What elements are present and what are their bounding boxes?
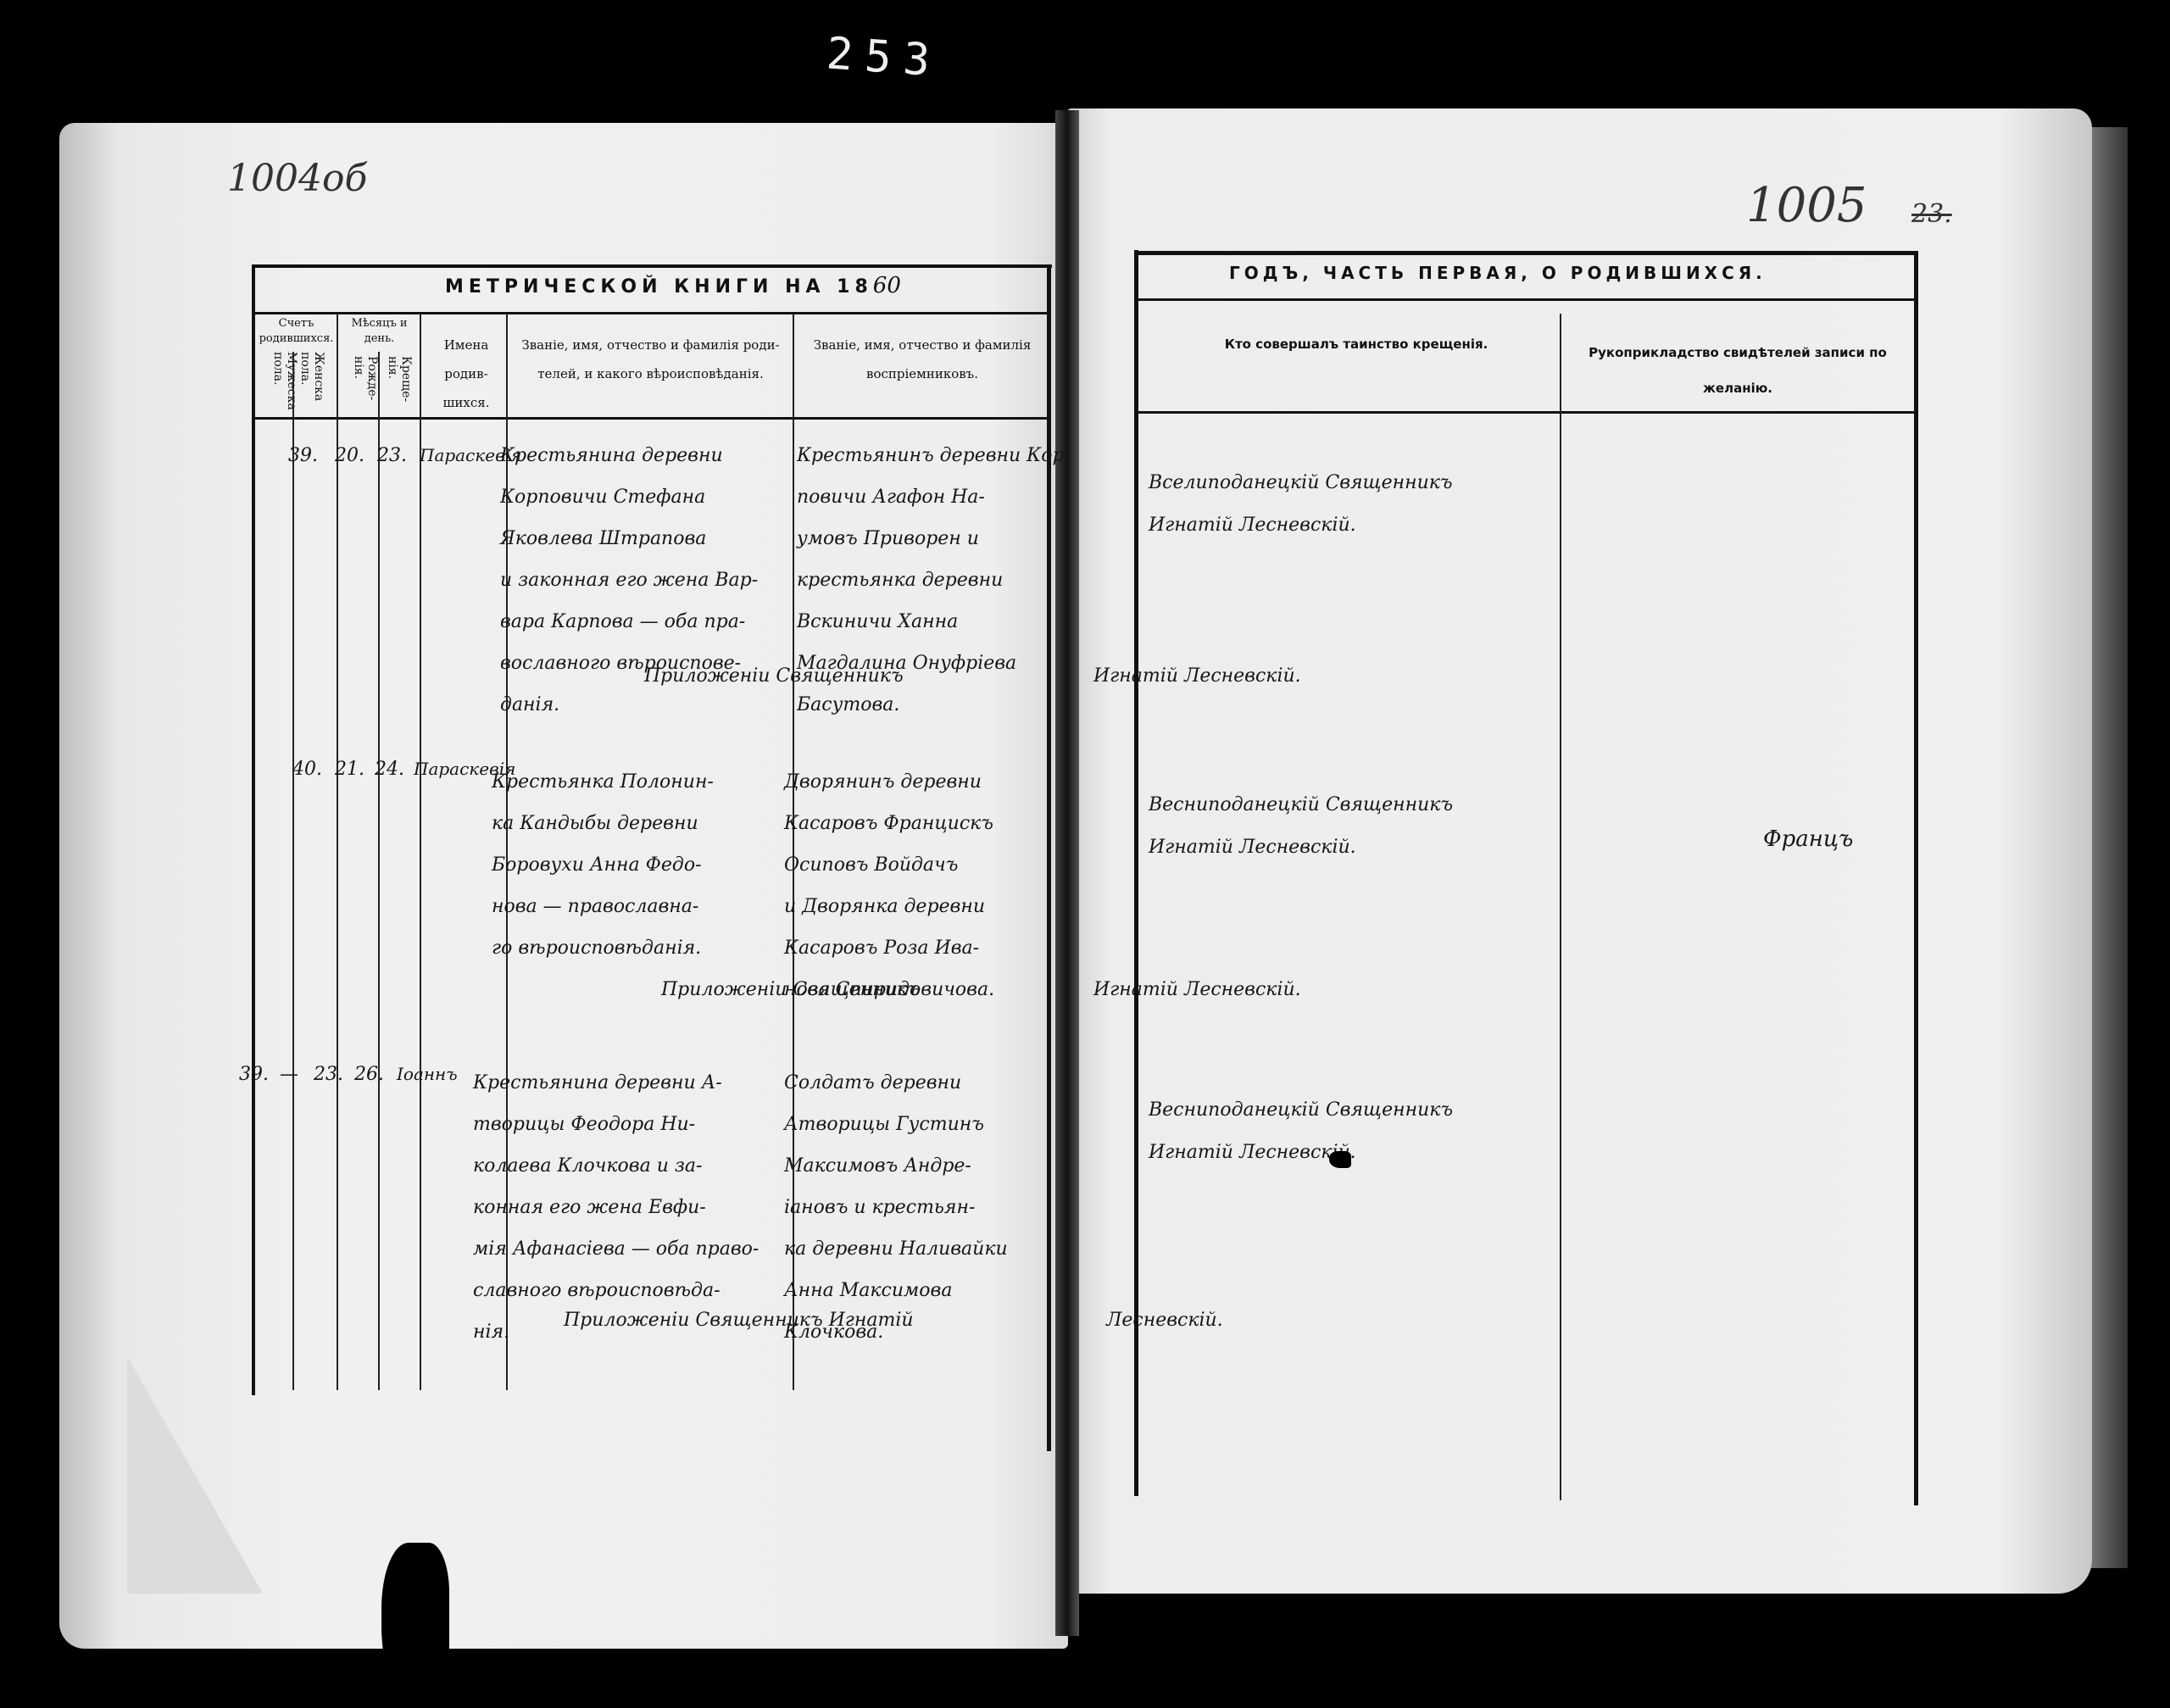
entry-3-birth-day: 23. [314,1064,343,1085]
entry-1-officiant: Вселиподанецкій Священникъ Игнатій Лесне… [1149,462,1453,547]
right-header-rule [1136,411,1916,414]
handwritten-year: 60 [873,273,901,298]
entry-3-name: Іоаннъ [397,1064,458,1084]
right-page-title: ГОДЪ, ЧАСТЬ ПЕРВАЯ, О РОДИВШИХСЯ. [1229,263,1767,283]
folded-corner [127,1356,263,1594]
col-header-names: Имена родив-шихся. [428,331,504,417]
entry-3-signoff-cont: Лесневскій. [1106,1310,1223,1331]
book-spine [1055,110,1079,1636]
right-top-rule [1136,251,1916,255]
entry-3-officiant: Весниподанецкій Священникъ Игнатій Лесне… [1149,1089,1453,1174]
col-rule [292,352,294,1390]
col-header-month-day: Мѣсяцъ и день. [339,316,420,347]
title-rule [254,312,1051,314]
entry-2-female-no: 40. [292,759,322,780]
entry-2-parents: Крестьянка Полонин- ка Кандыбы деревни Б… [492,771,714,979]
col-rule [378,352,380,1390]
entry-3-baptism-day: 26. [354,1064,384,1085]
frame-number: 253 [825,28,943,86]
entry-2-baptism-day: 24. [375,759,404,780]
entry-3-female-no: — [280,1064,298,1085]
entry-1-female-no: 39. [288,445,318,466]
col-header-parents: Званіе, имя, отчество и фамилія роди-тел… [509,331,793,388]
entry-2-signoff: Приложеніи Священникъ [661,979,921,1000]
col-header-godparents: Званіе, имя, отчество и фамилія воспріем… [795,331,1049,388]
col-header-officiant: Кто совершалъ таинство крещенія. [1187,335,1526,353]
right-folio-number: 1005 [1746,178,1867,233]
entry-2-birth-day: 21. [335,759,364,780]
entry-1-signoff: Приложеніи Священникъ [644,665,904,687]
header-rule [254,417,1051,420]
right-table-right-rule [1914,251,1918,1505]
entry-1-baptism-day: 23. [377,445,407,466]
right-table-left-rule [1134,250,1138,1496]
col-header-male: Мужеска пола. [271,352,298,415]
entry-2-witness-signature: Францъ [1763,826,1853,852]
old-folio-number: 23. [1911,199,1952,229]
entry-1-godparents: Крестьянинъ деревни Кор- повичи Агафон Н… [797,445,1071,736]
entry-3-male-no: 39. [239,1064,269,1085]
entry-1-birth-day: 20. [335,445,364,466]
col-header-witnesses: Рукоприкладство свидѣтелей записи по жел… [1577,335,1899,406]
col-rule-outer [1047,264,1051,1451]
ink-blot [1329,1151,1351,1168]
entry-1-parents: Крестьянина деревни Корповичи Стефана Як… [500,445,758,736]
torn-page-shadow [381,1543,449,1708]
col-rule [337,314,338,1390]
col-header-birth-count: Счетъ родившихся. [256,316,337,347]
col-header-female: Женска пола. [298,352,325,415]
entry-1-signoff-cont: Игнатій Лесневскій. [1093,665,1301,687]
left-folio-number: 1004об [227,157,367,200]
col-header-baptism-date: Креще-нія. [386,356,413,415]
left-page-title: МЕТРИЧЕСКОЙ КНИГИ НА 1860 [445,273,901,298]
col-rule [1560,314,1561,1500]
entry-2-officiant: Весниподанецкій Священникъ Игнатій Лесне… [1149,784,1453,869]
entry-3-signoff: Приложеніи Священникъ Игнатій [564,1310,914,1331]
entry-2-signoff-cont: Игнатій Лесневскій. [1093,979,1301,1000]
col-header-birth-date: Рожде-нія. [352,356,379,415]
right-title-rule [1136,298,1916,301]
book-cover-edge [2089,127,2128,1568]
col-rule [420,314,421,1390]
